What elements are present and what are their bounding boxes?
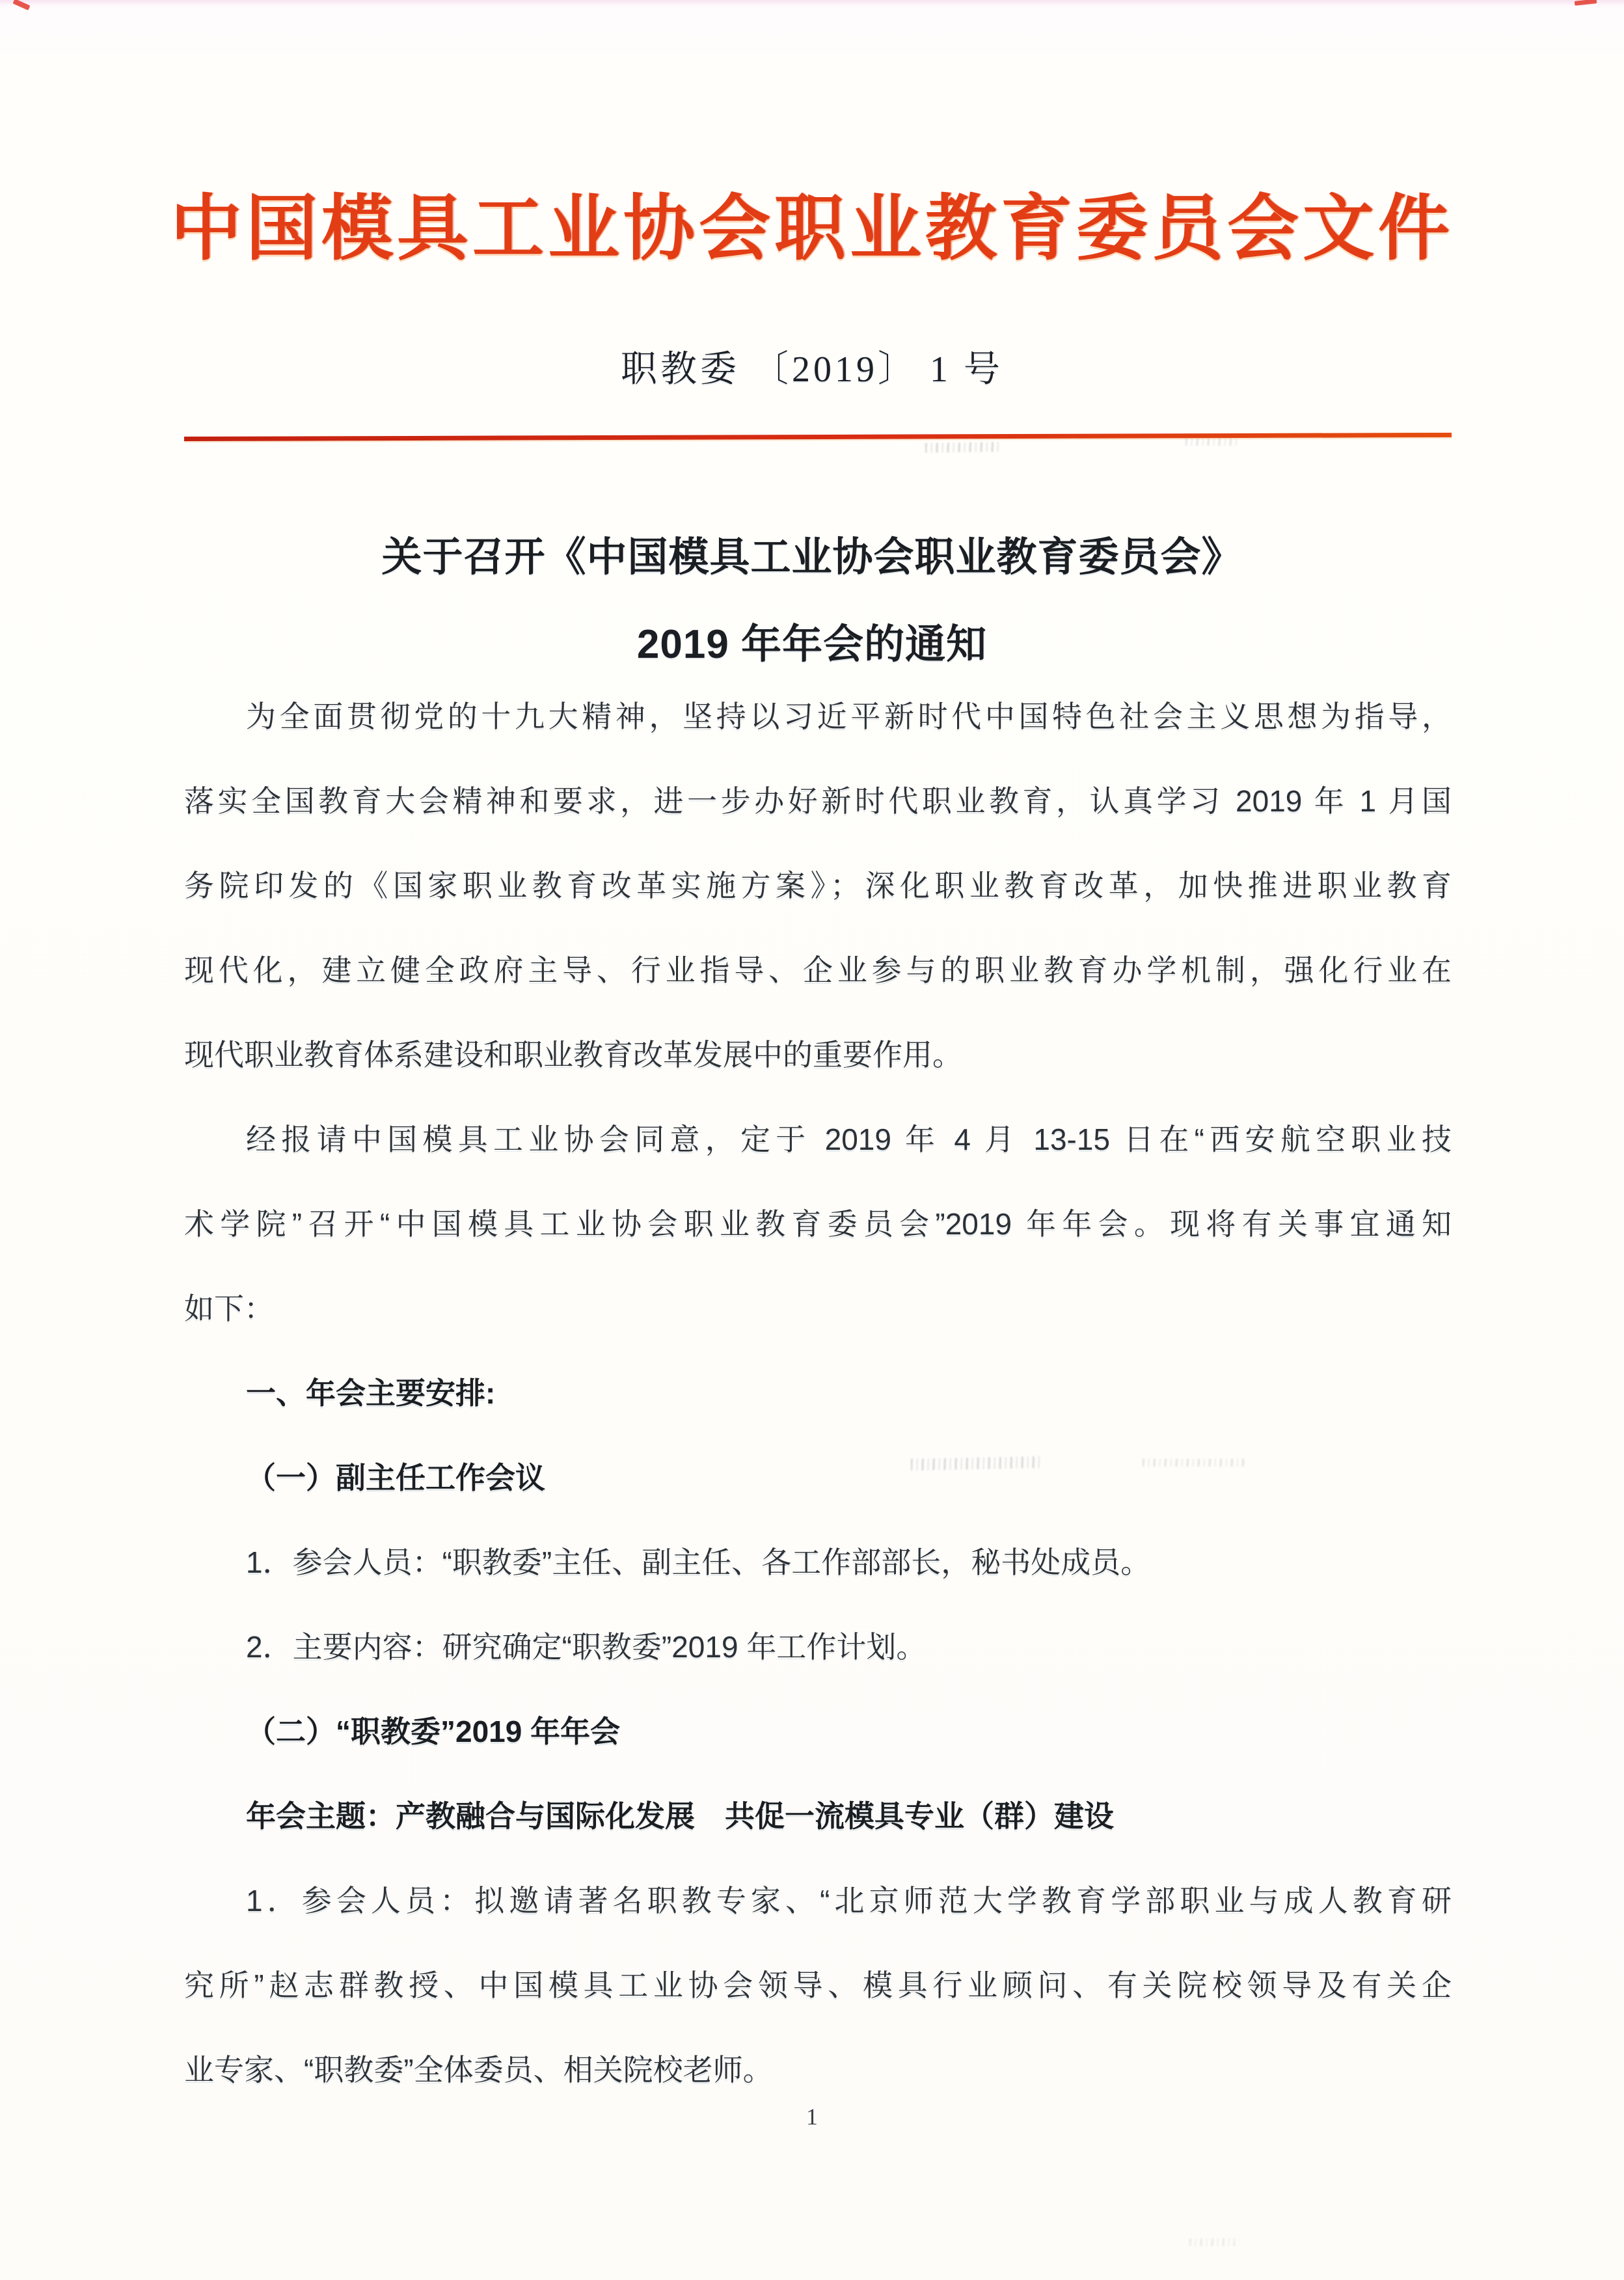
scan-smudge	[1143, 1459, 1247, 1467]
body-line: 1．参会人员：拟邀请著名职教专家、“北京师范大学教育学部职业与成人教育研	[184, 1858, 1452, 1943]
document-body: 为全面贯彻党的十九大精神，坚持以习近平新时代中国特色社会主义思想为指导， 落实全…	[184, 674, 1452, 2112]
red-header-title: 中国模具工业协会职业教育委员会文件	[0, 190, 1624, 268]
scan-edge-strip	[0, 0, 1624, 7]
body-line: 2．主要内容：研究确定“职教委”2019 年工作计划。	[184, 1605, 1452, 1689]
body-line: 务院印发的《国家职业教育改革实施方案》；深化职业教育改革，加快推进职业教育	[184, 843, 1452, 928]
scanned-document-page: 中国模具工业协会职业教育委员会文件 职教委 〔2019〕 1 号 关于召开《中国…	[0, 0, 1624, 2280]
body-line: 如下：	[184, 1266, 1452, 1351]
red-divider-line	[184, 433, 1452, 441]
notice-title: 关于召开《中国模具工业协会职业教育委员会》 2019 年年会的通知	[0, 514, 1624, 688]
scan-smudge	[925, 442, 1002, 453]
body-line: 业专家、“职教委”全体委员、相关院校老师。	[184, 2028, 1452, 2112]
body-line: 1．参会人员：“职教委”主任、副主任、各工作部部长，秘书处成员。	[184, 1520, 1452, 1605]
scan-smudge	[1189, 2238, 1235, 2246]
body-line: 现代职业教育体系建设和职业教育改革发展中的重要作用。	[184, 1012, 1452, 1097]
section-heading: 一、年会主要安排:	[184, 1351, 1452, 1435]
scan-smudge	[1185, 439, 1238, 446]
body-line: 落实全国教育大会精神和要求，进一步办好新时代职业教育，认真学习 2019 年 1…	[184, 759, 1452, 843]
document-number: 职教委 〔2019〕 1 号	[0, 344, 1624, 396]
notice-title-line-1: 关于召开《中国模具工业协会职业教育委员会》	[0, 514, 1624, 601]
body-line: 为全面贯彻党的十九大精神，坚持以习近平新时代中国特色社会主义思想为指导，	[184, 674, 1452, 759]
body-line: 经报请中国模具工业协会同意，定于 2019 年 4 月 13-15 日在“西安航…	[184, 1097, 1452, 1182]
body-line: 现代化，建立健全政府主导、行业指导、企业参与的职业教育办学机制，强化行业在	[184, 928, 1452, 1012]
theme-heading: 年会主题：产教融合与国际化发展 共促一流模具专业（群）建设	[184, 1774, 1452, 1858]
subsection-heading: （一）副主任工作会议	[184, 1435, 1452, 1520]
subsection-heading: （二）“职教委”2019 年年会	[184, 1689, 1452, 1774]
page-number: 1	[0, 2103, 1624, 2130]
body-line: 究所”赵志群教授、中国模具工业协会领导、模具行业顾问、有关院校领导及有关企	[184, 1943, 1452, 2028]
body-line: 术学院”召开“中国模具工业协会职业教育委员会”2019 年年会。现将有关事宜通知	[184, 1182, 1452, 1266]
